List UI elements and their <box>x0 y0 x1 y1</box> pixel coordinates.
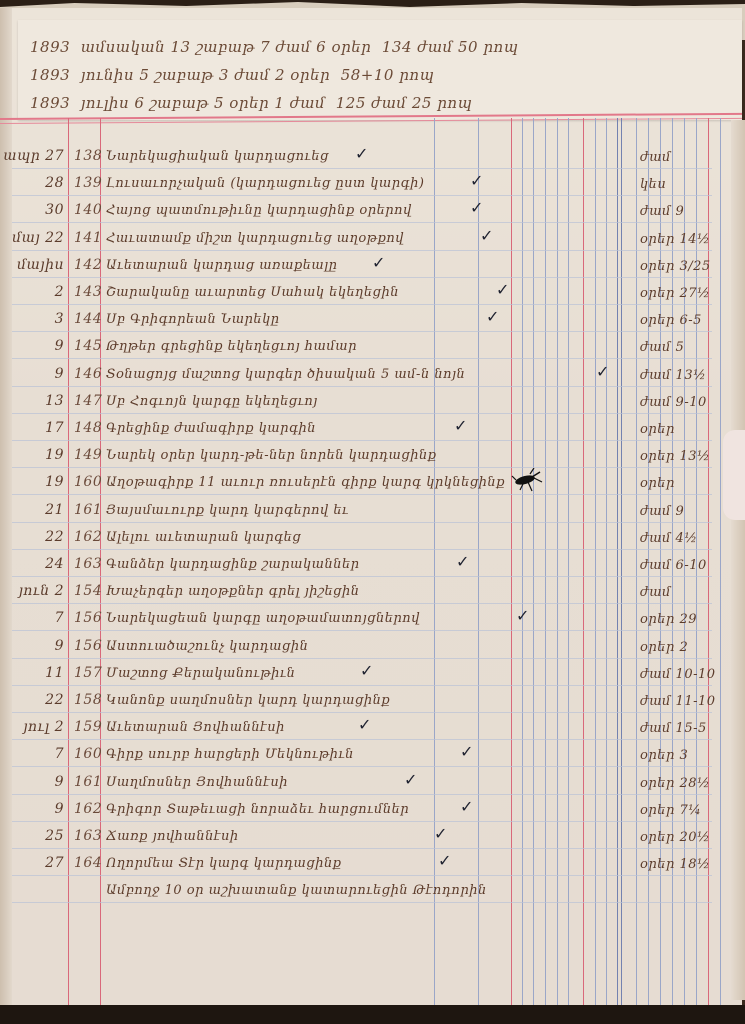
ruled-line <box>12 902 712 903</box>
entry-date: ապր 27 <box>2 148 64 164</box>
entry-date: 9 <box>2 801 64 817</box>
entry-number: 139 <box>74 175 102 191</box>
entry-date: 9 <box>2 638 64 654</box>
amount-block-rule <box>583 118 584 1013</box>
entry-description: Թղթեր գրեցինք եկեղեցւոյ համար <box>106 339 357 354</box>
cents-rule <box>606 118 607 1013</box>
entry-number: 160 <box>74 474 102 490</box>
entry-description: Աւետարան Յովհաննէսի <box>106 720 285 735</box>
entry-description: Հաւատամք միշտ կարդացուեց աղօթքով <box>106 231 404 246</box>
ledger-grid: ապր 27138Նարեկացիական կարդացուեց✓ժամ2813… <box>0 118 742 1013</box>
entry-amount: օրեր <box>640 422 675 437</box>
entry-description: Յայսմաւուրք կարդ կարգերով եւ <box>106 503 349 518</box>
entry-date: 21 <box>2 502 64 518</box>
entry-description: Լուսաւորչական (կարդացուեց ըստ կարգի) <box>106 176 425 191</box>
entry-number: 154 <box>74 583 102 599</box>
cents-rule <box>595 118 596 1013</box>
entry-amount: ժամ 9 <box>640 204 684 219</box>
slip-line-2: 1893 յունիս 5 շաբաթ 3 ժամ 2 օրեր 58+10 ր… <box>30 66 434 84</box>
slip-text: յունիս 5 շաբաթ 3 ժամ 2 օրեր <box>81 66 330 84</box>
entry-number: 159 <box>74 719 102 735</box>
entry-description: Աստուածաշունչ կարդացին <box>106 639 308 654</box>
entry-date: 9 <box>2 774 64 790</box>
insect-icon <box>510 468 544 492</box>
entry-number: 162 <box>74 529 102 545</box>
ruled-line <box>12 712 712 713</box>
entry-date: յուլ 2 <box>2 719 64 735</box>
entry-description: Շարականը աւարտեց Սահակ եկեղեցին <box>106 285 399 300</box>
check-mark-icon: ✓ <box>438 851 451 870</box>
entry-number: 145 <box>74 338 102 354</box>
cents-rule <box>557 118 558 1013</box>
entry-description: Սաղմոսներ Յովհաննէսի <box>106 775 288 790</box>
entry-amount: ժամ 13½ <box>640 368 706 383</box>
check-mark-icon: ✓ <box>355 144 368 163</box>
cents-rule <box>568 118 569 1013</box>
check-mark-icon: ✓ <box>470 171 483 190</box>
check-mark-icon: ✓ <box>470 198 483 217</box>
ledger-page: 1893 ամսական 13 շաբաթ 7 ժամ 6 օրեր 134 ժ… <box>0 8 742 1008</box>
ruled-line <box>12 358 712 359</box>
ruled-line <box>12 522 712 523</box>
entry-date: մայ 22 <box>2 230 64 246</box>
entry-date: 17 <box>2 420 64 436</box>
right-margin-rule <box>708 118 709 1013</box>
entry-date: 27 <box>2 855 64 871</box>
entry-description: Գրեցինք ժամագիրք կարգին <box>106 421 316 436</box>
check-mark-icon: ✓ <box>516 606 529 625</box>
entry-number: 158 <box>74 692 102 708</box>
entry-description: Աւետարան կարդաց առաքեալը <box>106 258 337 273</box>
ruled-line <box>12 467 712 468</box>
entry-amount: ժամ <box>640 585 671 600</box>
entry-description: Գանձեր կարդացինք շարականներ <box>106 557 360 572</box>
ruled-line <box>12 494 712 495</box>
entry-amount: օրեր 14½ <box>640 232 710 247</box>
entry-date: 9 <box>2 338 64 354</box>
slip-year: 1893 <box>30 94 70 112</box>
ruled-line <box>12 630 712 631</box>
entry-number: 140 <box>74 202 102 218</box>
ruled-line <box>12 603 712 604</box>
check-mark-icon: ✓ <box>454 416 467 435</box>
entry-amount: օրեր 18½ <box>640 857 710 872</box>
double-rule <box>617 118 618 1013</box>
entry-number: 141 <box>74 230 102 246</box>
entry-date: մայիս <box>2 257 64 273</box>
ruled-line <box>12 195 712 196</box>
entry-date: 2 <box>2 284 64 300</box>
entry-date: 11 <box>2 665 64 681</box>
entry-description: Նարեկացեան կարգը աղօթամատոյցներով <box>106 611 420 626</box>
slip-total: 58+10 րոպ <box>341 66 435 84</box>
entry-number: 164 <box>74 855 102 871</box>
entry-number: 162 <box>74 801 102 817</box>
faint-rule <box>434 118 435 1013</box>
entry-description: Ճառք յովհաննէսի <box>106 829 239 844</box>
check-mark-icon: ✓ <box>434 824 447 843</box>
cents-rule <box>636 118 637 1013</box>
entry-date: 7 <box>2 746 64 762</box>
entry-amount: օրեր 27½ <box>640 286 710 301</box>
page-tear-notch <box>723 430 745 520</box>
entry-description: Կանոնք սաղմոսներ կարդ կարդացինք <box>106 693 390 708</box>
page-right-edge <box>731 120 745 1000</box>
check-mark-icon: ✓ <box>496 280 509 299</box>
entry-description: Սբ Գրիգորեան Նարեկը <box>106 312 280 327</box>
entry-description: Տօնացոյց մաշտոց կարգեր ծիսական 5 ամ-ն նո… <box>106 367 465 382</box>
entry-description: Աղօթագիրք 11 աւուր ռուսերէն գիրք կարգ կր… <box>106 475 505 490</box>
entry-amount: ժամ 5 <box>640 340 684 355</box>
entry-amount: ժամ 10-10 <box>640 667 716 682</box>
entry-number: 156 <box>74 610 102 626</box>
ruled-line <box>12 386 712 387</box>
ruled-line <box>12 250 712 251</box>
entry-amount: ժամ 9 <box>640 504 684 519</box>
ruled-line <box>12 277 712 278</box>
entry-date: 22 <box>2 692 64 708</box>
slip-year: 1893 <box>30 66 70 84</box>
entry-amount: օրեր 6-5 <box>640 313 702 328</box>
bottom-shadow <box>0 1005 745 1024</box>
ruled-line <box>12 766 712 767</box>
cents-rule <box>545 118 546 1013</box>
entry-date: 7 <box>2 610 64 626</box>
entry-amount: ժամ <box>640 150 671 165</box>
check-mark-icon: ✓ <box>596 362 609 381</box>
entry-amount: ժամ 6-10 <box>640 558 707 573</box>
entry-number: 138 <box>74 148 102 164</box>
check-mark-icon: ✓ <box>358 715 371 734</box>
entry-number: 149 <box>74 447 102 463</box>
entry-description: Խաչերգեր աղօթքներ գրել յիշեցին <box>106 584 360 599</box>
entry-amount: օրեր 7¼ <box>640 803 701 818</box>
faint-rule <box>478 118 479 1013</box>
entry-amount: օրեր 2 <box>640 640 688 655</box>
entry-amount: օրեր 29 <box>640 612 697 627</box>
check-mark-icon: ✓ <box>460 797 473 816</box>
entry-date: 24 <box>2 556 64 572</box>
entry-number: 142 <box>74 257 102 273</box>
entry-number: 147 <box>74 393 102 409</box>
entry-date: յուն 2 <box>2 583 64 599</box>
check-mark-icon: ✓ <box>486 307 499 326</box>
slip-line-3: 1893 յուլիս 6 շաբաթ 5 օրեր 1 ժամ 125 ժամ… <box>30 94 472 112</box>
entry-number: 163 <box>74 556 102 572</box>
entry-description: Հայոց պատմութիւնը կարդացինք օրերով <box>106 203 412 218</box>
entry-number: 144 <box>74 311 102 327</box>
entry-date: 19 <box>2 474 64 490</box>
check-mark-icon: ✓ <box>456 552 469 571</box>
slip-text: ամսական 13 շաբաթ 7 ժամ 6 օրեր <box>81 38 372 56</box>
entry-number: 163 <box>74 828 102 844</box>
entry-date: 19 <box>2 447 64 463</box>
entry-amount: օրեր 20½ <box>640 830 710 845</box>
ruled-line <box>12 821 712 822</box>
entry-number: 157 <box>74 665 102 681</box>
amount-block-rule <box>511 118 512 1013</box>
check-mark-icon: ✓ <box>480 226 493 245</box>
entry-date: 9 <box>2 366 64 382</box>
slip-text: յուլիս 6 շաբաթ 5 օրեր 1 ժամ <box>81 94 325 112</box>
cents-rule <box>522 118 523 1013</box>
check-mark-icon: ✓ <box>460 742 473 761</box>
entry-date: 30 <box>2 202 64 218</box>
entry-number: 156 <box>74 638 102 654</box>
entry-description: Մաշտոց Քերականութիւն <box>106 666 295 681</box>
check-mark-icon: ✓ <box>404 770 417 789</box>
ruled-line <box>12 848 712 849</box>
slip-total: 125 ժամ 25 րոպ <box>336 94 472 112</box>
entry-amount: կես <box>640 177 666 192</box>
slip-line-1: 1893 ամսական 13 շաբաթ 7 ժամ 6 օրեր 134 ժ… <box>30 38 518 56</box>
entry-number: 146 <box>74 366 102 382</box>
entry-number: 160 <box>74 746 102 762</box>
entry-amount: օրեր <box>640 476 675 491</box>
slip-year: 1893 <box>30 38 70 56</box>
ruled-line <box>12 168 712 169</box>
date-column-rule <box>68 118 69 1013</box>
entry-amount: օրեր 28½ <box>640 776 710 791</box>
summary-slip: 1893 ամսական 13 շաբաթ 7 ժամ 6 օրեր 134 ժ… <box>18 20 742 120</box>
entry-description: Գիրք սուրբ հարցերի Մեկնութիւն <box>106 747 354 762</box>
ruled-line <box>12 331 712 332</box>
entry-amount: օրեր 3 <box>640 748 688 763</box>
check-mark-icon: ✓ <box>360 661 373 680</box>
entry-amount: ժամ 11-10 <box>640 694 716 709</box>
entry-date: 13 <box>2 393 64 409</box>
ruled-line <box>12 304 712 305</box>
entry-description: Ալելու աւետարան կարգեց <box>106 530 301 545</box>
entry-description: Գրիգոր Տաթեւացի նորաձեւ հարցումներ <box>106 802 409 817</box>
cents-rule <box>533 118 534 1013</box>
cents-rule <box>720 118 721 1013</box>
entry-description: Ամբողջ 10 օր աշխատանք կատարուեցին Թէոդոր… <box>106 883 487 898</box>
entry-date: 22 <box>2 529 64 545</box>
entry-amount: ժամ 4½ <box>640 531 697 546</box>
ruled-line <box>12 413 712 414</box>
ruled-line <box>12 222 712 223</box>
entry-amount: ժամ 15-5 <box>640 721 707 736</box>
entry-number: 161 <box>74 502 102 518</box>
ruled-line <box>12 739 712 740</box>
entry-description: Նարեկ օրեր կարդ-թե-ներ նորեն կարդացինք <box>106 448 437 463</box>
double-rule <box>621 118 622 1013</box>
entry-description: Սբ Հոգւոյն կարգը եկեղեցւոյ <box>106 394 318 409</box>
entry-amount: օրեր 3/25 <box>640 259 711 274</box>
entry-date: 3 <box>2 311 64 327</box>
entry-amount: ժամ 9-10 <box>640 395 707 410</box>
slip-total: 134 ժամ 50 րոպ <box>382 38 518 56</box>
entry-date: 25 <box>2 828 64 844</box>
entry-number: 143 <box>74 284 102 300</box>
check-mark-icon: ✓ <box>372 253 385 272</box>
entry-number: 161 <box>74 774 102 790</box>
ruled-line <box>12 658 712 659</box>
entry-amount: օրեր 13½ <box>640 449 710 464</box>
entry-description: Ողորմեա Տէր կարգ կարդացինք <box>106 856 342 871</box>
ruled-line <box>12 875 712 876</box>
ruled-line <box>12 685 712 686</box>
ruled-line <box>12 440 712 441</box>
entry-number: 148 <box>74 420 102 436</box>
ruled-line <box>12 549 712 550</box>
ruled-line <box>12 794 712 795</box>
entry-description: Նարեկացիական կարդացուեց <box>106 149 329 164</box>
ruled-line <box>12 576 712 577</box>
entry-date: 28 <box>2 175 64 191</box>
